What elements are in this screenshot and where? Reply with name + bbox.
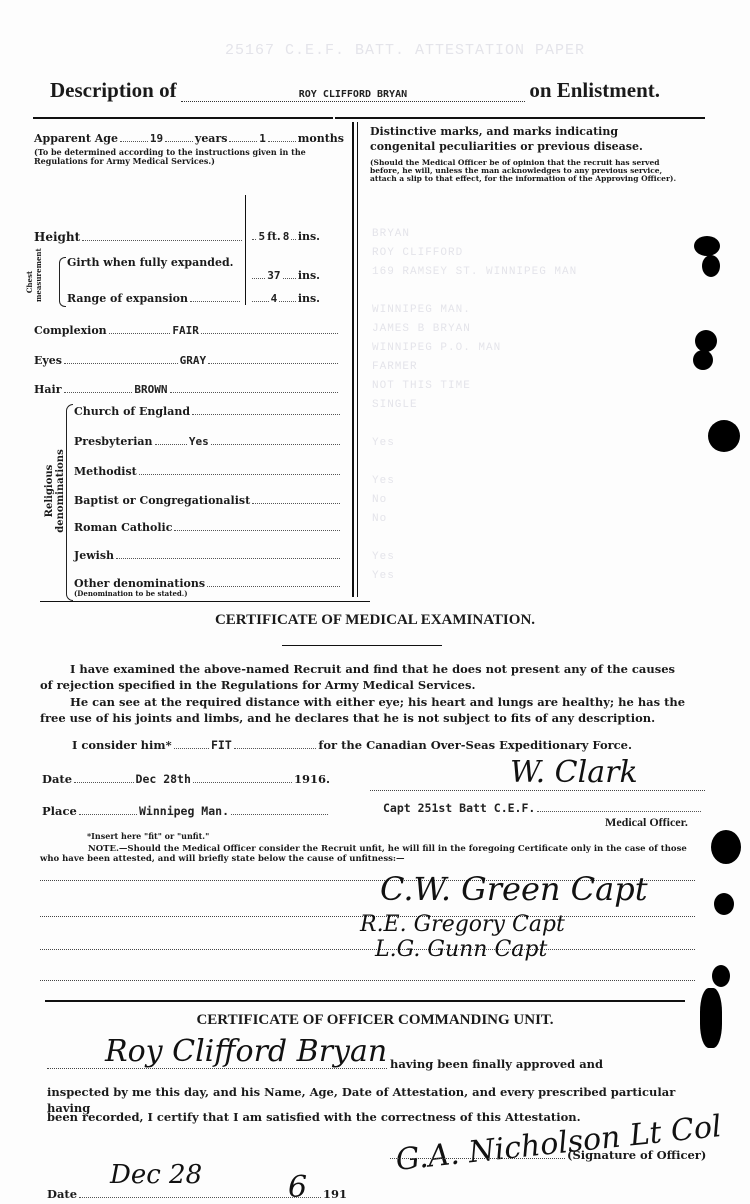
religion-row-methodist: Methodist [74, 465, 342, 478]
months-label: months [298, 132, 344, 145]
religion-row-jewish: Jewish [74, 549, 342, 562]
bracket [59, 257, 66, 307]
religion-row-baptist: Baptist or Congregationalist [74, 494, 342, 507]
medical-date-year: 1916. [294, 772, 330, 786]
apparent-age-row: Apparent Age 19 years 1 months [34, 132, 344, 145]
approval-signature: L.G. Gunn Capt [375, 937, 547, 962]
date-label: Date [47, 1186, 77, 1202]
divider [33, 117, 333, 119]
officer-title-row: Capt 251st Batt C.E.F. [383, 801, 703, 815]
date-year-suffix: 6 [288, 1170, 307, 1204]
recruit-name: ROY CLIFFORD BRYAN [299, 89, 407, 100]
hair-row: Hair BROWN [34, 383, 340, 396]
girth-value: 37 [267, 269, 280, 282]
range-unit: ins. [298, 292, 320, 305]
ink-blot [708, 420, 740, 452]
age-note: (To be determined according to the instr… [34, 148, 349, 166]
bracket [66, 404, 73, 601]
ink-blot [711, 830, 741, 864]
signature-line [47, 1068, 387, 1069]
signature-of-officer-label: (Signature of Officer) [567, 1147, 706, 1163]
religion-label: Presbyterian [74, 435, 153, 448]
range-value: 4 [271, 292, 278, 305]
height-inches: 8 [283, 230, 290, 243]
divider [45, 1000, 685, 1002]
insert-note: *Insert here "fit" or "unfit." [87, 832, 209, 841]
recruit-name-field: ROY CLIFFORD BRYAN [181, 82, 526, 102]
religion-label: Jewish [74, 549, 114, 562]
page-title: Description of ROY CLIFFORD BRYAN on Enl… [50, 78, 660, 103]
divider [335, 117, 705, 119]
height-row: Height [34, 230, 244, 244]
hair-label: Hair [34, 383, 62, 396]
distinctive-marks-heading: Distinctive marks, and marks indicating … [370, 124, 680, 154]
recruit-signature: Roy Clifford Bryan [105, 1034, 387, 1069]
apparent-age-label: Apparent Age [34, 132, 118, 145]
religion-label: Methodist [74, 465, 137, 478]
religion-row-church-of-england: Church of England [74, 405, 342, 418]
consider-row: I consider him* FIT for the Canadian Ove… [72, 738, 632, 752]
cause-line [40, 980, 695, 981]
commanding-text-1: having been finally approved and [390, 1056, 603, 1072]
unfit-note: NOTE.—Should the Medical Officer conside… [40, 844, 705, 864]
complexion-value: FAIR [172, 324, 199, 337]
ink-blot [712, 965, 730, 987]
hair-value: BROWN [134, 383, 167, 396]
date-label: Date [42, 772, 72, 786]
signature-line [370, 790, 705, 791]
place-label: Place [42, 804, 77, 818]
medical-officer-label: Medical Officer. [605, 815, 688, 830]
age-years-value: 19 [150, 132, 163, 145]
medical-date-row: Date Dec 28th 1916. [42, 772, 330, 786]
presbyterian-value: Yes [189, 435, 209, 448]
eyes-label: Eyes [34, 354, 62, 367]
commanding-heading: CERTIFICATE OF OFFICER COMMANDING UNIT. [0, 1012, 750, 1029]
height-value-row: 5 ft. 8 ins. [250, 230, 320, 243]
approval-signature: C.W. Green Capt [380, 870, 648, 908]
distinctive-marks-note: (Should the Medical Officer be of opinio… [370, 159, 680, 183]
title-prefix: Description of [50, 78, 177, 103]
age-months-value: 1 [259, 132, 266, 145]
ink-blot [695, 330, 717, 352]
ink-blot [702, 255, 720, 277]
title-suffix: on Enlistment. [529, 78, 660, 103]
religion-row-presbyterian: Presbyterian Yes [74, 435, 342, 448]
other-denomination-note: (Denomination to be stated.) [74, 589, 188, 598]
religion-row-roman-catholic: Roman Catholic [74, 521, 342, 534]
years-label: years [195, 132, 228, 145]
range-row: Range of expansion [67, 292, 242, 305]
ink-blot [693, 350, 713, 370]
consider-prefix: I consider him* [72, 738, 172, 752]
bleed-through-text: BRYANROY CLIFFORD169 RAMSEY ST. WINNIPEG… [372, 225, 577, 586]
place-row: Place Winnipeg Man. [42, 804, 330, 818]
column-divider [245, 195, 246, 305]
ink-blot [714, 893, 734, 915]
medical-date-value: Dec 28th [136, 772, 191, 786]
signature-line [390, 1158, 565, 1159]
height-label: Height [34, 230, 80, 244]
cause-line [40, 949, 695, 950]
religious-denominations-label: Religious denominations [44, 446, 66, 536]
girth-label: Girth when fully expanded. [67, 256, 242, 270]
eyes-row: Eyes GRAY [34, 354, 340, 367]
place-value: Winnipeg Man. [139, 804, 229, 818]
eyes-value: GRAY [180, 354, 207, 367]
religion-label: Church of England [74, 405, 190, 418]
bleed-through-text: 25167 C.E.F. BATT. ATTESTATION PAPER [225, 42, 585, 59]
medical-heading: CERTIFICATE OF MEDICAL EXAMINATION. [0, 612, 750, 629]
inches-label: ins. [298, 230, 320, 243]
range-label: Range of expansion [67, 292, 188, 305]
medical-officer-signature: W. Clark [510, 755, 638, 790]
religion-label: Baptist or Congregationalist [74, 494, 250, 507]
medical-para-1: I have examined the above-named Recruit … [40, 661, 690, 693]
column-divider [352, 122, 354, 597]
complexion-row: Complexion FAIR [34, 324, 340, 337]
girth-unit: ins. [298, 269, 320, 282]
approval-signature: R.E. Gregory Capt [360, 912, 565, 937]
complexion-label: Complexion [34, 324, 107, 337]
consider-suffix: for the Canadian Over-Seas Expeditionary… [318, 738, 632, 752]
girth-value-row: 37 ins. [250, 269, 320, 282]
range-value-row: 4 ins. [250, 292, 320, 305]
fitness-value: FIT [211, 738, 232, 752]
officer-title-value: Capt 251st Batt C.E.F. [383, 801, 535, 815]
column-divider [357, 122, 358, 597]
height-feet: 5 [258, 230, 265, 243]
religion-label: Roman Catholic [74, 521, 172, 534]
date-year-prefix: 191 [323, 1186, 347, 1202]
divider [282, 645, 442, 646]
feet-label: ft. [267, 230, 281, 243]
ink-blot [694, 236, 720, 256]
medical-para-2: He can see at the required distance with… [40, 694, 690, 726]
commanding-date-value: Dec 28 [110, 1160, 202, 1190]
divider [40, 601, 370, 602]
